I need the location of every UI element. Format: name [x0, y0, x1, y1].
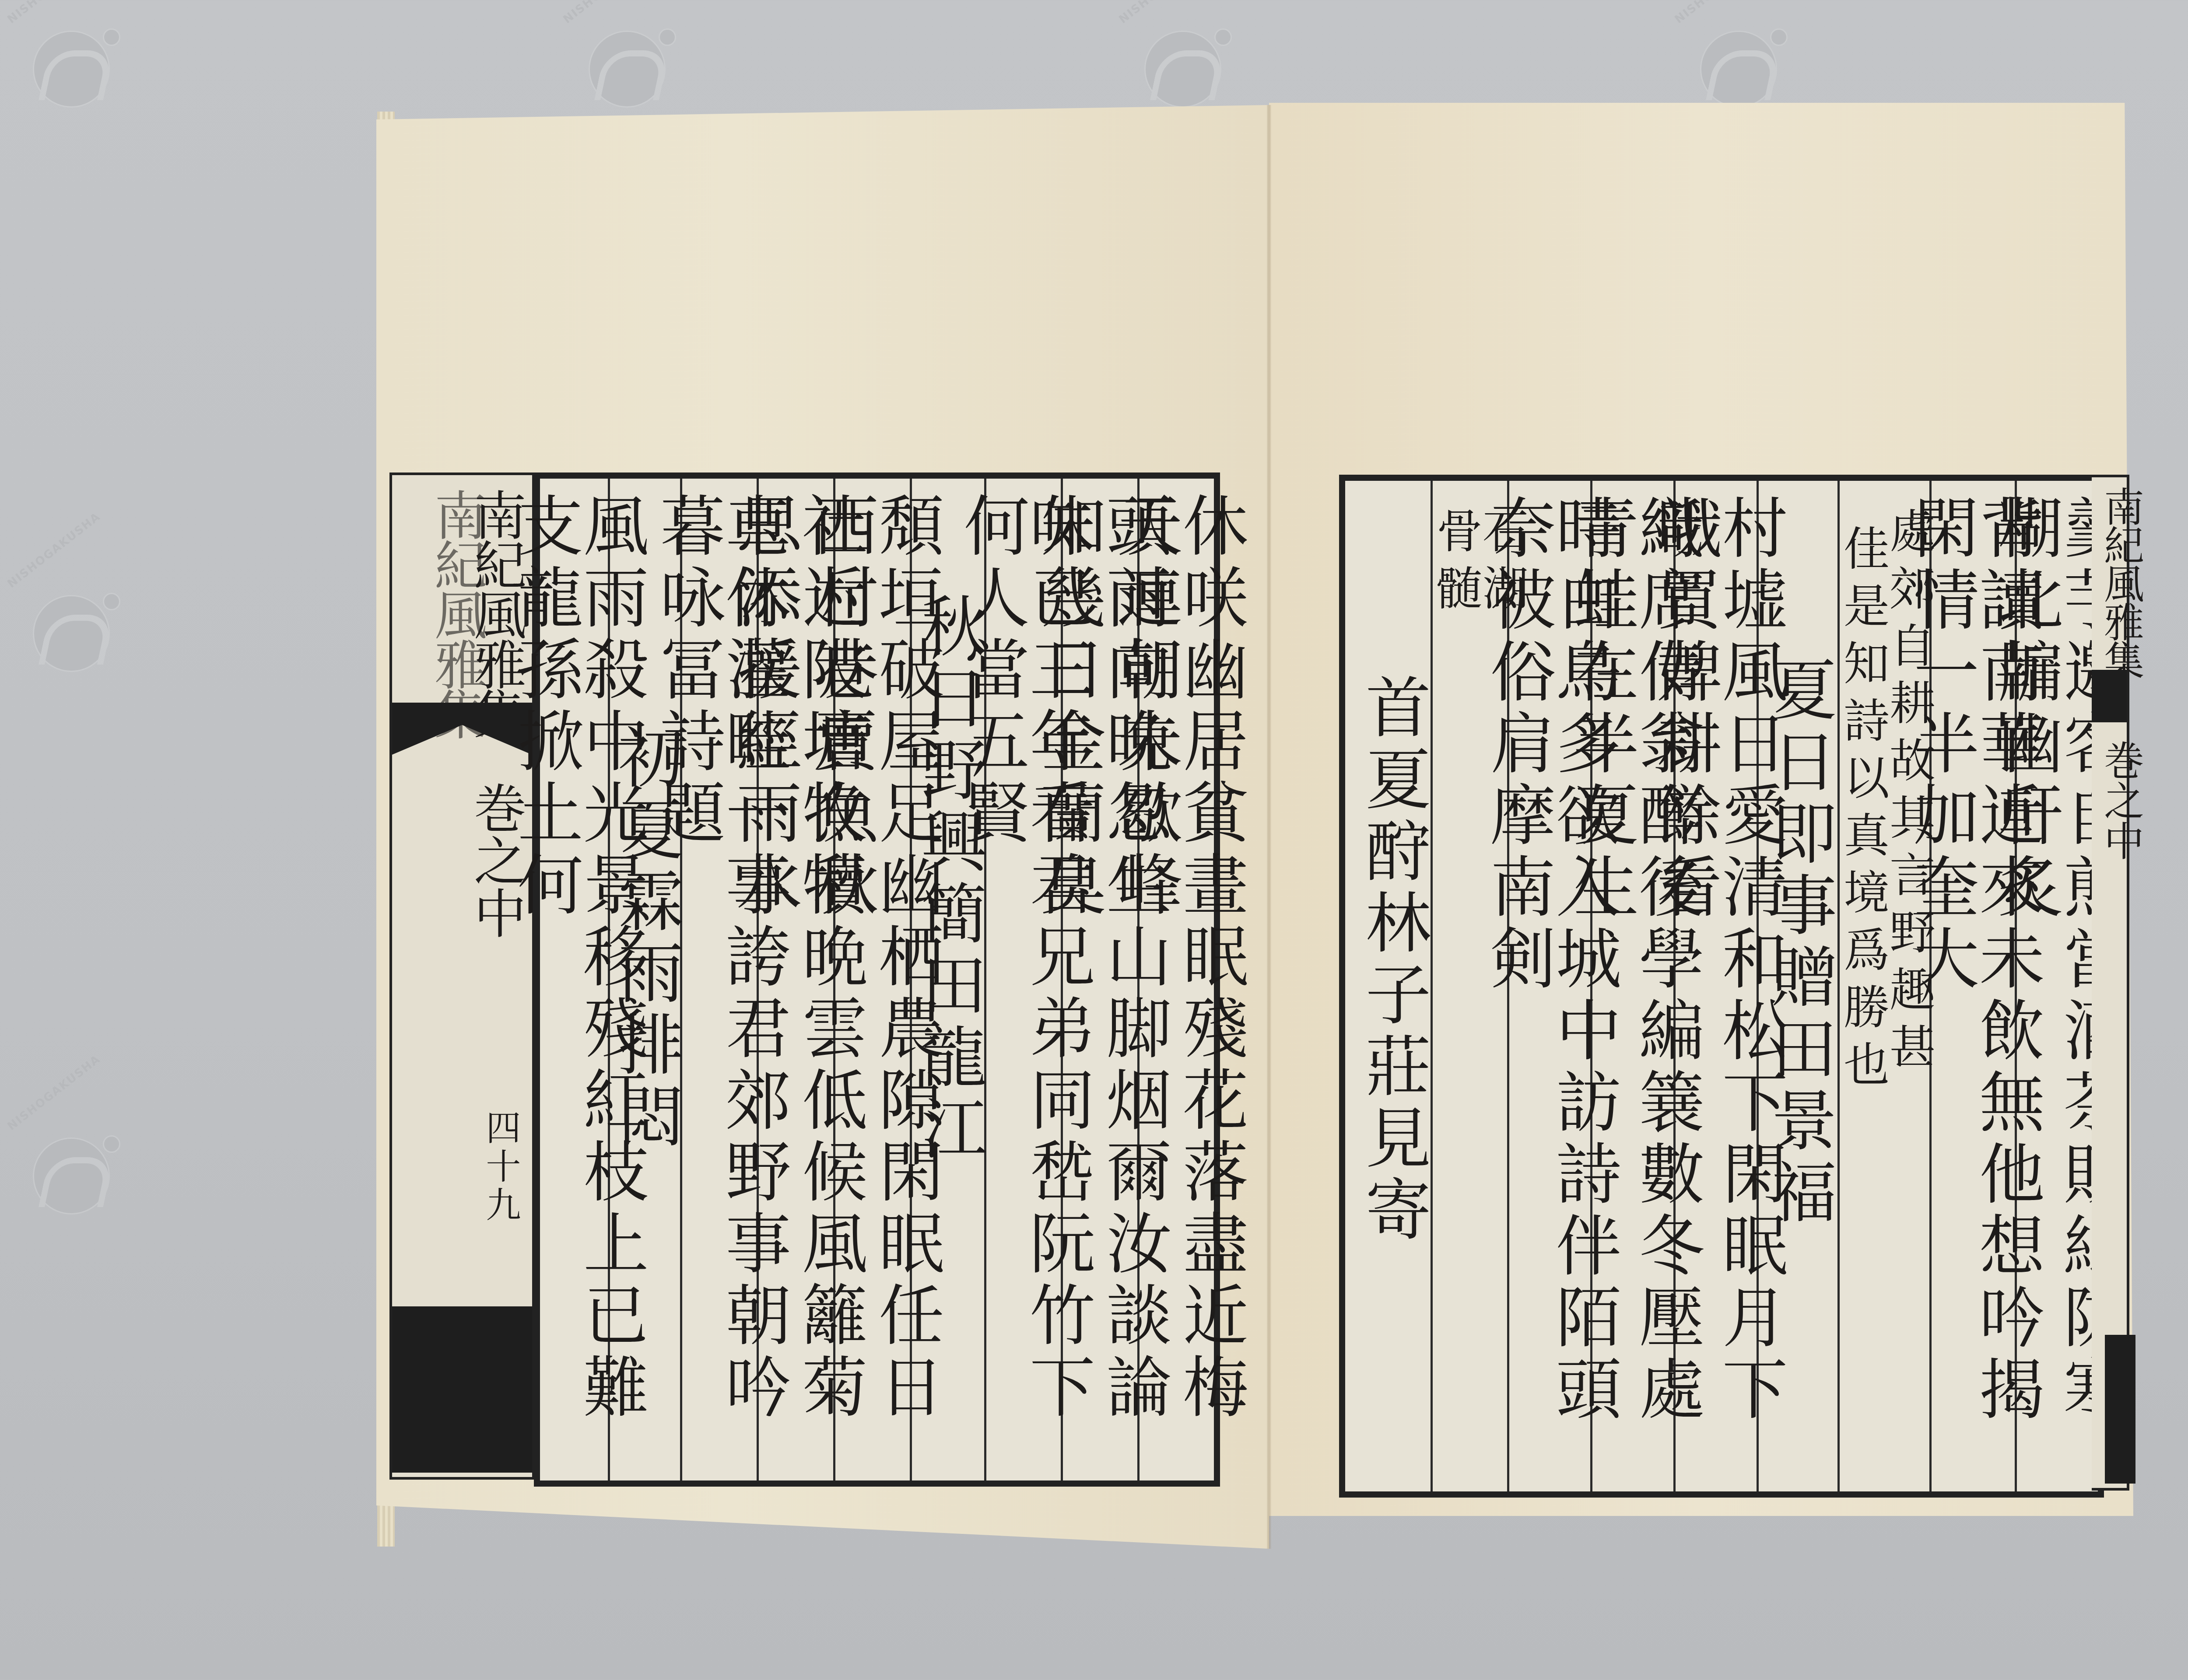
watermark-logo: NISHOGAKUSHA — [9, 1120, 123, 1234]
watermark-logo: NISHOGAKUSHA — [9, 13, 123, 127]
verse-column: 風雨殺中光景移殘紅枝上已難支龍孫掀土何 — [547, 479, 608, 1480]
right-page-margin-strip: 南紀風雅集 巻之中 — [2092, 475, 2129, 1491]
commentary-column: 處郊自耕故其言野趣甚 佳是知詩以真境爲勝也 — [1837, 481, 1929, 1491]
watermark-logo: NISHOGAKUSHA — [565, 13, 678, 127]
annotation-column: 石湖 骨髄 — [1431, 481, 1507, 1491]
book-title: 南紀風雅集 — [2092, 486, 2149, 679]
poem-title-column: 首夏酧林子莊見寄 — [1354, 481, 1431, 1491]
left-text-frame: 休咲幽居貧晝眠殘花落盡近梅天連朝未歇峰 頭雨向晩忽生山脚烟爾汝談論知幾日金蘭臭 … — [534, 472, 1220, 1487]
verse-column: 背讀南華近來未飲無他想吟揭閑情一半加奎大 — [1929, 481, 2015, 1491]
fishtail-block — [392, 1306, 532, 1473]
verse-column: 味已三年看君兄弟同嵆阮竹下何人當五賢 — [984, 479, 1061, 1480]
volume-label: 巻之中 — [2092, 740, 2149, 861]
fishtail-block — [2105, 1335, 2135, 1484]
watermark-logo: NISHOGAKUSHA — [9, 577, 123, 691]
fishtail-mark — [2092, 670, 2127, 722]
verse-column: 車休灌畦一事誇君郊野事朝吟暮咏冨詩題 — [680, 479, 757, 1480]
book-gutter — [1267, 105, 1271, 1549]
right-text-frame: 羹芋邀客自煎當酒茶敗紙防寒糊北牖幽軒炙 背讀南華近來未飲無他想吟揭閑情一半加奎大… — [1339, 475, 2104, 1498]
